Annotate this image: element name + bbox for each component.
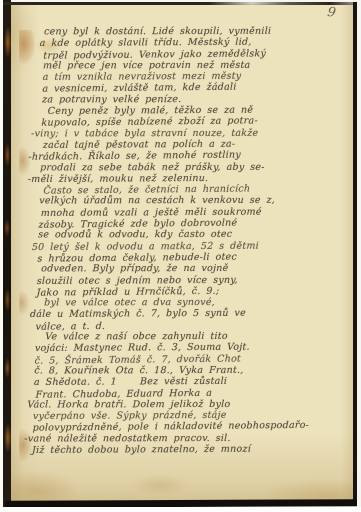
handwritten-line: Již těchto dobou bylo znatelno, že mnozí — [32, 443, 346, 456]
stain — [19, 290, 30, 316]
handwriting-block: ceny byl k dostání. Lidé skoupili, vyměn… — [32, 25, 358, 456]
stain — [130, 474, 190, 496]
scan-edge-bottom — [0, 507, 361, 512]
stain — [19, 30, 35, 64]
scan-edge-top-line — [3, 2, 358, 5]
scanned-document-page: 9 ceny byl k dostání. Lidé skoupili, vym… — [0, 0, 361, 512]
page-number: 9 — [326, 5, 347, 27]
scan-edge-right — [357, 0, 361, 512]
book-binding-edge — [3, 0, 11, 508]
